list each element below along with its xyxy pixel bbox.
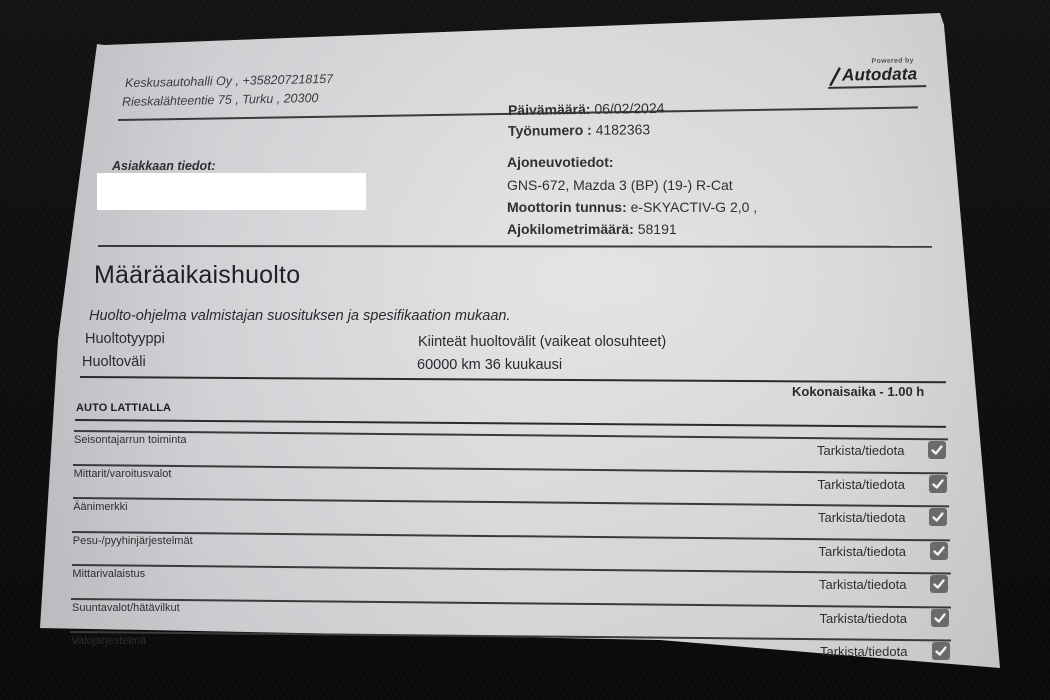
engine-label: Moottorin tunnus: bbox=[507, 199, 627, 215]
section-divider bbox=[75, 419, 946, 428]
checklist-item-label: Seisontajarrun toiminta bbox=[74, 434, 187, 446]
autodata-slash-icon bbox=[828, 66, 842, 86]
row-divider bbox=[72, 564, 951, 574]
total-time: Kokonaisaika - 1.00 h bbox=[792, 384, 924, 399]
info-divider bbox=[98, 245, 932, 247]
checklist-item-status: Tarkista/tiedota bbox=[820, 644, 907, 659]
checklist-section-title: AUTO LATTIALLA bbox=[76, 402, 171, 414]
service-divider bbox=[80, 376, 946, 383]
checklist-item-label: Suuntavalot/hätävilkut bbox=[72, 602, 180, 614]
row-divider bbox=[74, 430, 948, 440]
customer-label: Asiakkaan tiedot: bbox=[112, 159, 216, 173]
mileage-label: Ajokilometrimäärä: bbox=[507, 221, 634, 237]
row-divider bbox=[73, 464, 948, 474]
checklist-item-status: Tarkista/tiedota bbox=[817, 443, 904, 458]
row-divider bbox=[72, 531, 950, 541]
checkbox-checked-icon[interactable] bbox=[930, 575, 948, 593]
checkbox-checked-icon[interactable] bbox=[929, 475, 947, 493]
service-title: Määräaikaishuolto bbox=[94, 261, 300, 290]
date-label: Päivämäärä: bbox=[508, 101, 591, 118]
service-type-label: Huoltotyyppi bbox=[85, 331, 165, 347]
checklist-item-status: Tarkista/tiedota bbox=[820, 611, 907, 626]
checklist-item-label: Mittarivalaistus bbox=[72, 568, 145, 580]
row-divider bbox=[71, 598, 951, 608]
vehicle-label: Ajoneuvotiedot: bbox=[507, 154, 614, 170]
service-interval-label: Huoltoväli bbox=[82, 354, 146, 370]
checklist-item-status: Tarkista/tiedota bbox=[819, 544, 906, 559]
checkbox-checked-icon[interactable] bbox=[931, 609, 949, 627]
service-description: Huolto-ohjelma valmistajan suosituksen j… bbox=[89, 308, 511, 324]
engine-value: e-SKYACTIV-G 2,0 , bbox=[631, 199, 758, 215]
checkbox-checked-icon[interactable] bbox=[929, 508, 947, 526]
logo-underline bbox=[828, 85, 926, 89]
row-divider bbox=[73, 497, 949, 507]
service-type-value: Kiinteät huoltovälit (vaikeat olosuhteet… bbox=[418, 334, 666, 350]
date-field: Päivämäärä: 06/02/2024 bbox=[508, 100, 665, 118]
autodata-brand: Autodata bbox=[842, 64, 918, 85]
engine-field: Moottorin tunnus: e-SKYACTIV-G 2,0 , bbox=[507, 199, 757, 215]
checklist-item-label: Pesu-/pyyhinjärjestelmät bbox=[73, 535, 193, 547]
checklist-item-label: Äänimerkki bbox=[73, 501, 127, 513]
checkbox-checked-icon[interactable] bbox=[928, 441, 946, 459]
job-number-value: 4182363 bbox=[596, 121, 651, 138]
mileage-field: Ajokilometrimäärä: 58191 bbox=[507, 221, 677, 237]
date-value: 06/02/2024 bbox=[594, 100, 664, 117]
customer-redaction bbox=[97, 173, 366, 210]
checklist-item-status: Tarkista/tiedota bbox=[819, 577, 906, 592]
checklist-item-label: Valojärjestelmä bbox=[72, 635, 146, 647]
mileage-value: 58191 bbox=[638, 221, 677, 237]
job-number-field: Työnumero : 4182363 bbox=[508, 121, 650, 138]
address-line: Rieskalähteentie 75 , Turku , 20300 bbox=[122, 91, 319, 109]
company-line: Keskusautohalli Oy , +358207218157 bbox=[125, 72, 333, 90]
checklist-item-label: Mittarit/varoitusvalot bbox=[74, 468, 172, 480]
checkbox-checked-icon[interactable] bbox=[930, 542, 948, 560]
checkbox-checked-icon[interactable] bbox=[932, 642, 950, 660]
vehicle-description: GNS-672, Mazda 3 (BP) (19-) R-Cat bbox=[507, 177, 733, 193]
row-divider bbox=[70, 631, 951, 641]
job-number-label: Työnumero : bbox=[508, 122, 592, 139]
service-interval-value: 60000 km 36 kuukausi bbox=[417, 357, 562, 373]
autodata-logo: Powered by Autodata bbox=[828, 57, 927, 89]
checklist-item-status: Tarkista/tiedota bbox=[818, 510, 905, 525]
checklist-item-status: Tarkista/tiedota bbox=[818, 477, 905, 492]
service-document: Keskusautohalli Oy , +358207218157 Riesk… bbox=[0, 0, 1050, 700]
